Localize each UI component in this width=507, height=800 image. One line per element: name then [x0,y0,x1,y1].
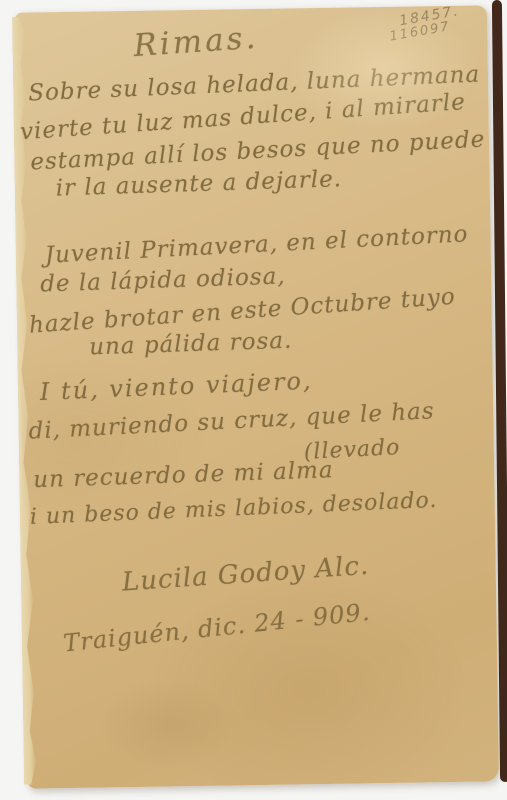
poem-line: i un beso de mis labios, desolado. [29,488,437,530]
poem-line: I tú, viento viajero, [39,367,313,406]
poem-line: una pálida rosa. [89,328,293,361]
place-and-date: Traiguén, dic. 24 - 909. [62,598,372,658]
poem-title: Rimas. [132,20,259,64]
poem-line: un recuerdo de mi alma [33,457,334,493]
poem-line: Juvenil Primavera, en el contorno [44,221,469,268]
manuscript-page: 18457. 116097 Rimas. Sobre su losa helad… [15,5,499,788]
poem-line: de la lápida odiosa, [40,263,286,297]
photograph-of-manuscript: 18457. 116097 Rimas. Sobre su losa helad… [0,0,507,800]
author-signature: Lucila Godoy Alc. [121,551,370,598]
